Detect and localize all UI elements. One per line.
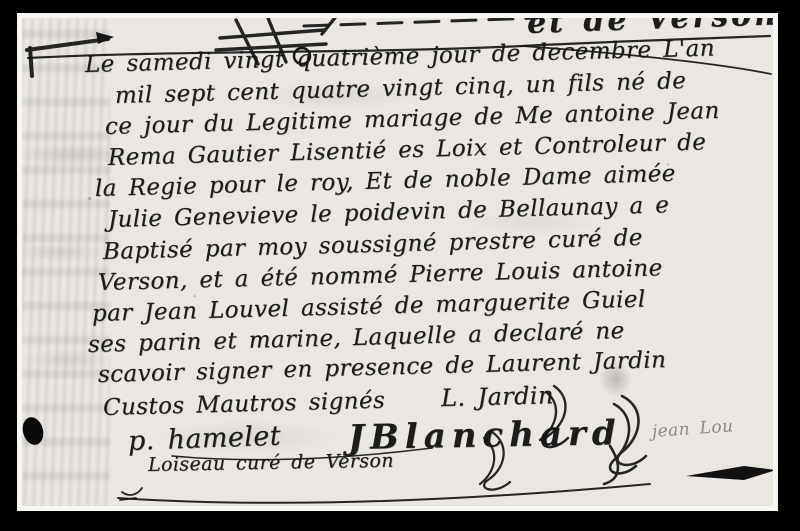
dash-stroke	[304, 18, 537, 26]
cure-signature: Loiseau curé de Verson	[148, 450, 394, 476]
jardin-signature: L. Jardin	[441, 381, 554, 412]
margin-note: jean Lou	[651, 416, 734, 442]
manuscript-page: et de Verson Le samedi vingt quatrième j…	[22, 18, 773, 506]
bottom-stroke	[118, 484, 650, 503]
bottom-small-mark	[120, 488, 142, 500]
bleed-through-texture	[22, 18, 110, 506]
bold-arrow-mark	[686, 466, 773, 480]
left-arrow-head	[96, 32, 114, 44]
scanned-document: et de Verson Le samedi vingt quatrième j…	[0, 0, 800, 531]
ink-blob	[22, 415, 46, 447]
attestation-text: Custos Mautros signés	[103, 388, 386, 421]
